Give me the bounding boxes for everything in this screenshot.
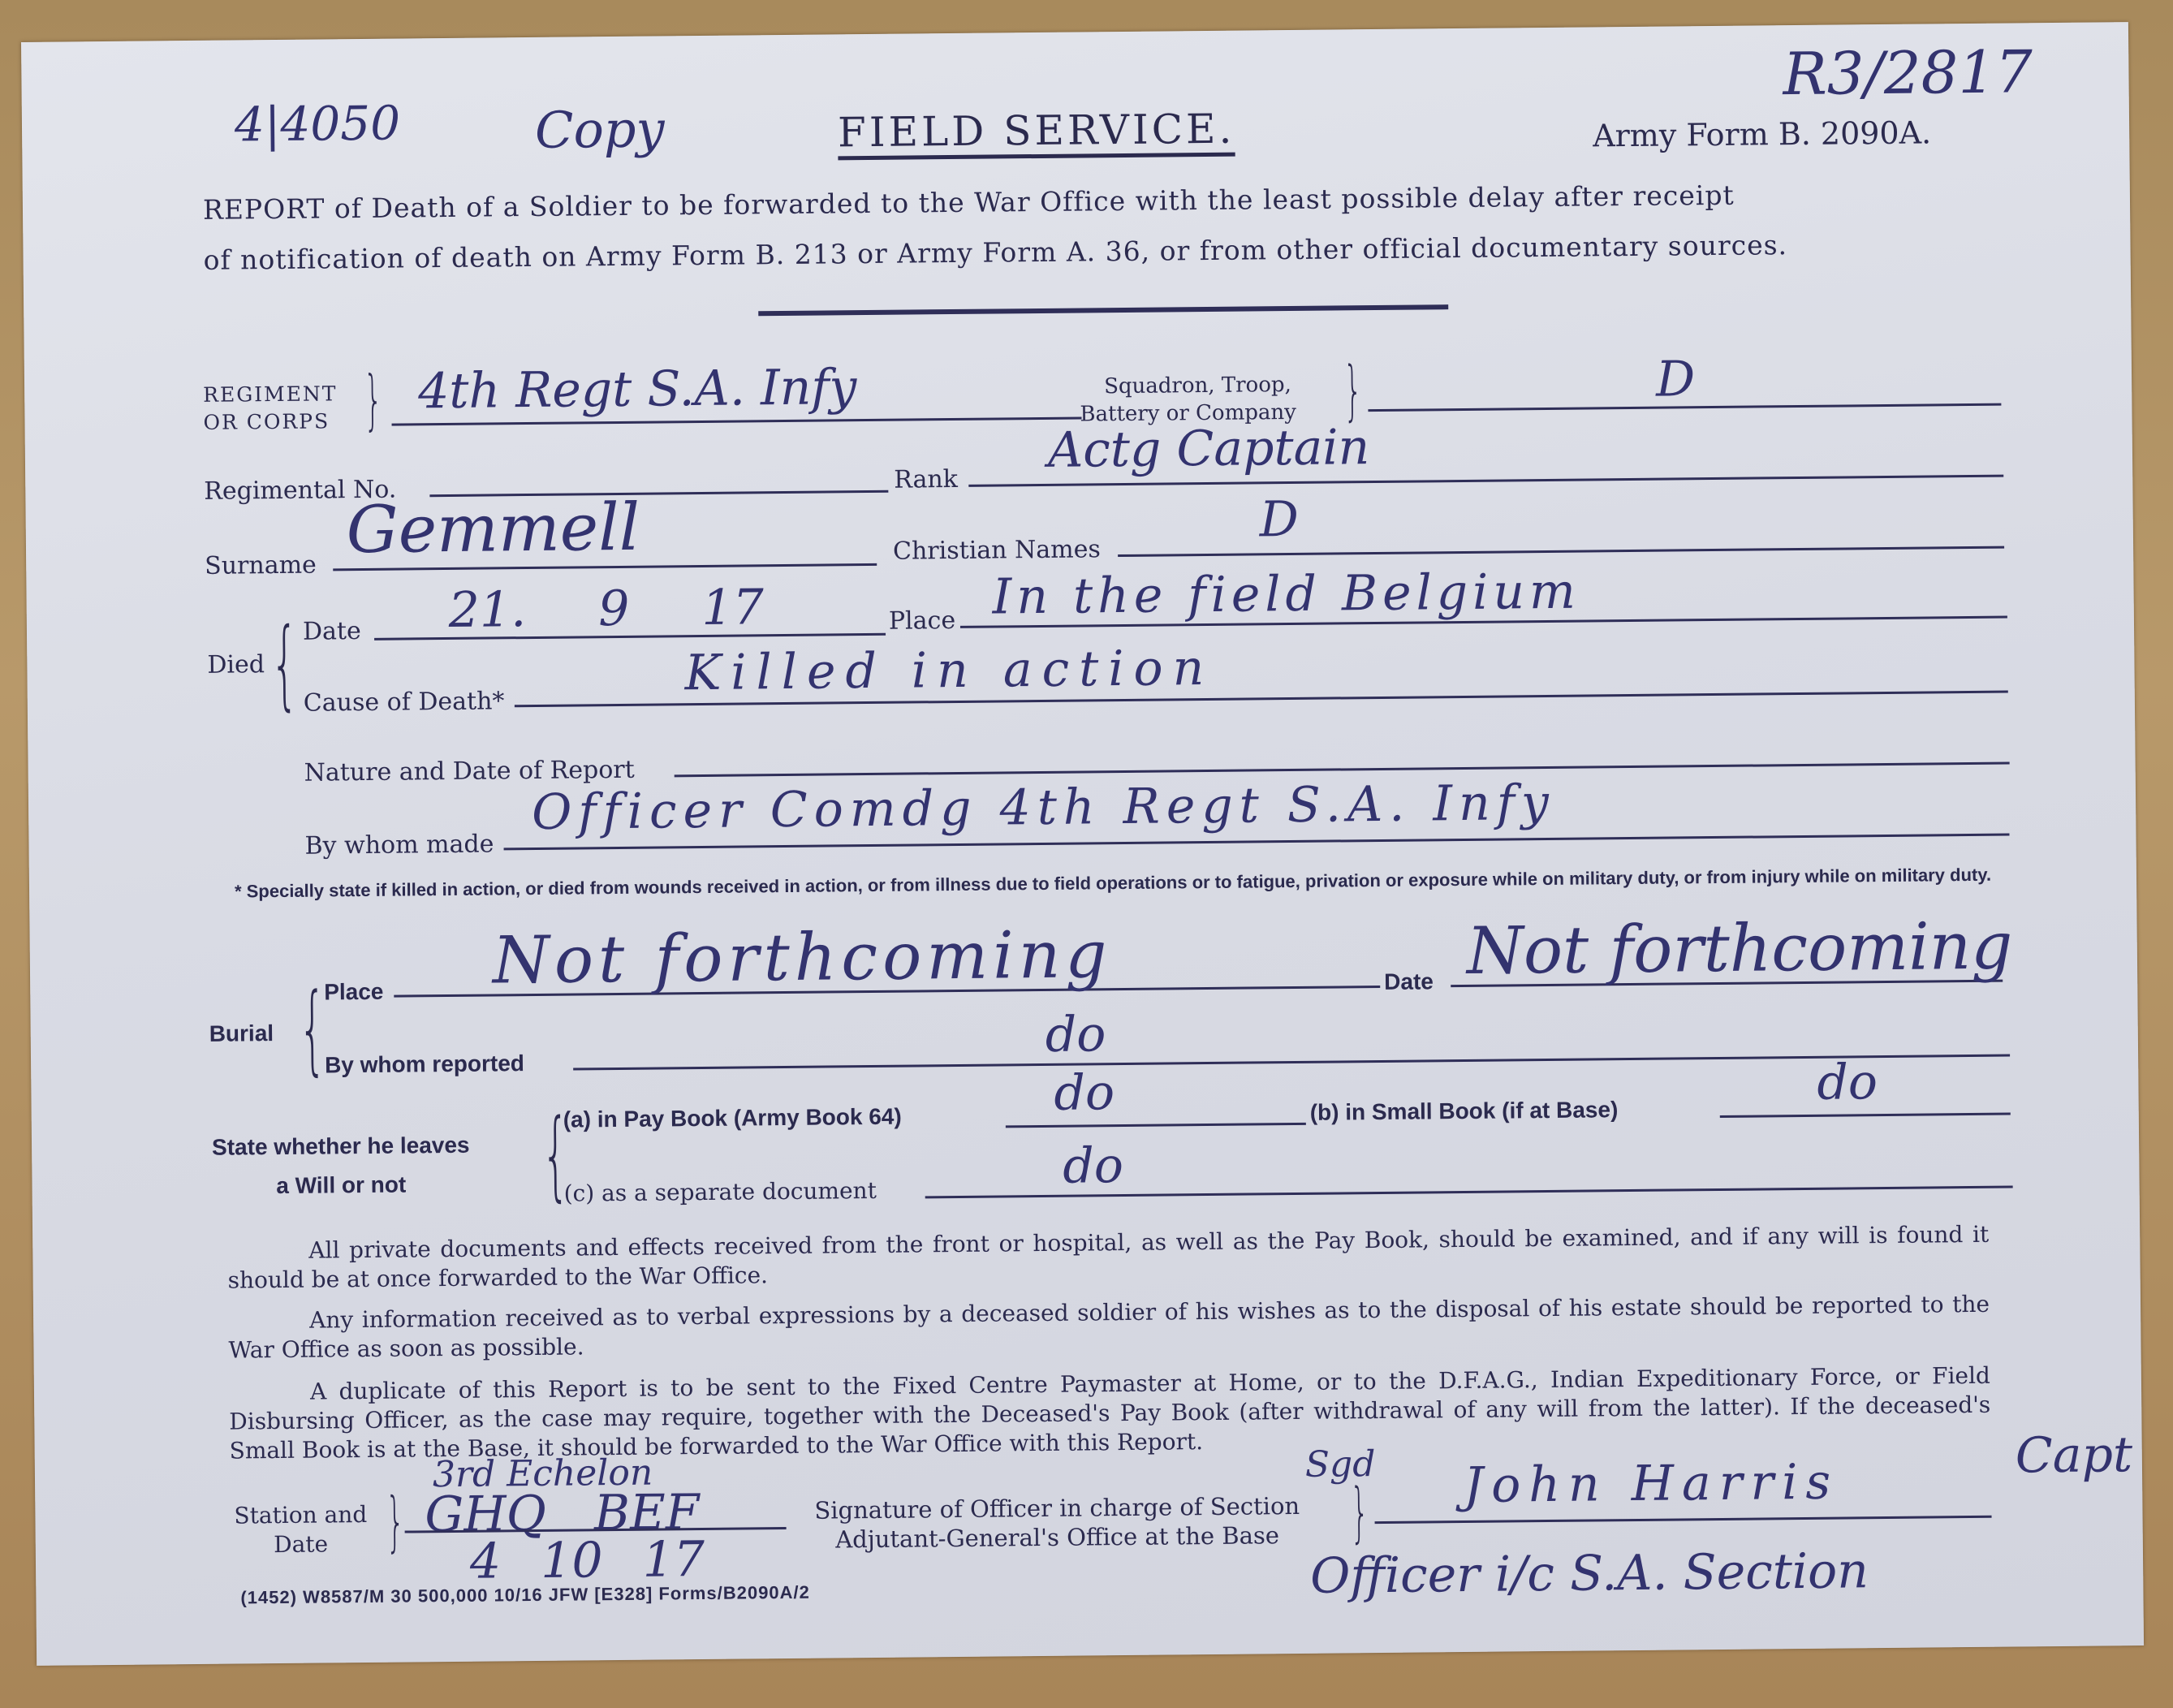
page-title: FIELD SERVICE. <box>838 106 1235 157</box>
army-form-b2090a: 4|4050 Copy FIELD SERVICE. R3/2817 Army … <box>21 22 2144 1666</box>
burial-place-value[interactable]: Not forthcoming <box>492 917 1111 998</box>
will-label: State whether he leaves a Will or not <box>212 1126 470 1206</box>
will-b-line <box>1720 1113 2011 1118</box>
will-c-value[interactable]: do <box>1063 1137 1123 1195</box>
signature-rank: Capt <box>2015 1426 2132 1484</box>
signature-brace: } <box>1350 1474 1369 1550</box>
station-brace: } <box>386 1484 405 1559</box>
will-a-label: (a) in Pay Book (Army Book 64) <box>563 1104 902 1133</box>
rank-value[interactable]: Actg Captain <box>1048 419 1370 479</box>
instructions-paragraph-2: Any information received as to verbal ex… <box>228 1290 1990 1365</box>
nature-of-report-label: Nature and Date of Report <box>304 756 634 787</box>
nature-of-report-line <box>675 762 2010 778</box>
signature-label: Signature of Officer in charge of Sectio… <box>814 1491 1300 1555</box>
burial-brace: { <box>298 973 327 1085</box>
registry-number: R3/2817 <box>1783 37 2033 108</box>
burial-date-value[interactable]: Not forthcoming <box>1466 908 2012 989</box>
cause-of-death-label: Cause of Death* <box>304 687 505 717</box>
died-place-label: Place <box>889 606 956 636</box>
christian-names-value[interactable]: D <box>1259 491 1299 548</box>
printer-imprint: (1452) W8587/M 30 500,000 10/16 JFW [E32… <box>240 1582 810 1609</box>
died-date-value[interactable]: 21. 9 17 <box>448 579 764 639</box>
burial-reported-label: By whom reported <box>325 1050 524 1078</box>
died-place-value[interactable]: In the field Belgium <box>992 563 1580 626</box>
by-whom-made-value[interactable]: Officer Comdg 4th Regt S.A. Infy <box>532 774 1555 841</box>
header-divider <box>758 304 1448 316</box>
signature-title: Officer i/c S.A. Section <box>1310 1542 1869 1605</box>
died-date-label: Date <box>303 617 361 646</box>
will-b-label: (b) in Small Book (if at Base) <box>1310 1097 1619 1126</box>
rank-label: Rank <box>894 465 958 494</box>
squadron-brace: } <box>1343 352 1363 428</box>
burial-reported-line <box>573 1055 2010 1071</box>
surname-label: Surname <box>205 551 317 580</box>
burial-date-label: Date <box>1384 968 1434 995</box>
instructions-paragraph-1: All private documents and effects receiv… <box>227 1220 1990 1296</box>
will-b-value[interactable]: do <box>1817 1054 1878 1111</box>
instructions-paragraph-3: A duplicate of this Report is to be sent… <box>229 1361 1991 1466</box>
burial-place-label: Place <box>324 979 383 1006</box>
station-date-value[interactable]: 4 10 17 <box>470 1531 705 1590</box>
regiment-label: REGIMENT OR CORPS <box>203 380 338 437</box>
died-brace: { <box>270 608 300 721</box>
christian-names-line <box>1118 546 2004 557</box>
cause-footnote: * Specially state if killed in action, o… <box>232 863 1994 904</box>
station-date-label: Station and Date <box>234 1500 367 1560</box>
regiment-value[interactable]: 4th Regt S.A. Infy <box>418 359 857 420</box>
copy-annotation: Copy <box>535 99 665 160</box>
signature-sgd: Sgd <box>1305 1443 1376 1486</box>
signature-name[interactable]: John Harris <box>1464 1454 1839 1514</box>
will-a-line <box>1006 1123 1306 1128</box>
surname-value[interactable]: Gemmell <box>346 490 640 567</box>
will-a-value[interactable]: do <box>1054 1064 1115 1122</box>
reference-number: 4|4050 <box>235 96 401 153</box>
christian-names-label: Christian Names <box>893 535 1101 565</box>
will-c-label: (c) as a separate document <box>563 1177 877 1207</box>
by-whom-made-label: By whom made <box>304 830 494 860</box>
burial-label: Burial <box>209 1020 274 1047</box>
signature-line <box>1375 1516 1992 1524</box>
form-number: Army Form B. 2090A. <box>1593 114 1931 153</box>
regiment-brace: } <box>364 362 383 438</box>
squadron-value[interactable]: D <box>1656 351 1696 408</box>
died-label: Died <box>207 650 265 679</box>
cause-of-death-value[interactable]: Killed in action <box>684 640 1214 701</box>
burial-reported-value[interactable]: do <box>1045 1006 1106 1063</box>
